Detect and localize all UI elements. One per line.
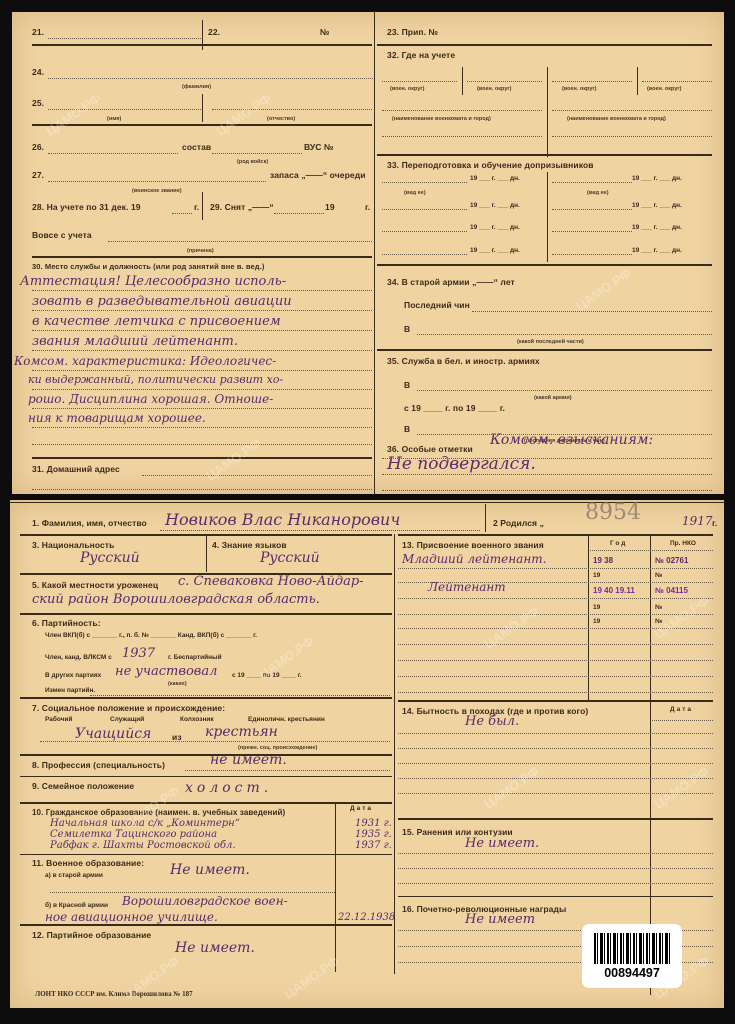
- field-10-row-name: Начальная школа с/к „Коминтерн“: [50, 818, 240, 829]
- field-2-label: 2 Родился „: [493, 518, 544, 528]
- field-6-vlksm: Член, канд. ВЛКСМ с: [45, 654, 112, 661]
- field-22-number: №: [320, 27, 330, 37]
- watermark: ЦАМО.РФ: [43, 90, 103, 138]
- field-1-value: Новиков Влас Никанорович: [165, 510, 400, 529]
- field-26-vus: ВУС №: [304, 142, 334, 152]
- field-34-sub: (какой последней части): [517, 339, 584, 345]
- field-13-year: 19: [593, 618, 600, 625]
- field-12-label: 12. Партийное образование: [32, 930, 151, 940]
- field-5-value-2: ский район Ворошиловградская область.: [32, 592, 320, 607]
- watermark: ЦАМО.РФ: [213, 90, 273, 138]
- field-10-row-date: 1935 г.: [355, 829, 392, 840]
- field-36-label: 36. Особые отметки: [387, 444, 473, 454]
- field-11b-date: 22.12.1938: [338, 912, 395, 923]
- field-11b-value-1: Ворошиловградское воен-: [122, 894, 288, 908]
- field-5-label: 5. Какой местности уроженец: [32, 580, 158, 590]
- field-35-in2: В: [404, 424, 410, 434]
- field-32-office-1: (наименование военкомата и город): [392, 116, 491, 122]
- field-3-value: Русский: [80, 550, 140, 566]
- field-14-date-header: Дата: [670, 706, 693, 713]
- field-32-district-4: (воен. округ): [647, 86, 682, 92]
- field-6-vkpb: Член ВКП(б) с _______ г., п. б. № ______…: [45, 632, 257, 639]
- field-25-label: 25.: [32, 98, 44, 108]
- field-11-label: 11. Военное образование:: [32, 858, 144, 868]
- field-13-year: 19: [593, 572, 600, 579]
- watermark: ЦАМО.РФ: [573, 265, 633, 313]
- field-13-year: 19 38: [593, 556, 613, 565]
- field-34-rank: Последний чин: [404, 300, 470, 310]
- field-13-order: № 02761: [655, 556, 688, 565]
- field-32-label: 32. Где на учете: [387, 50, 455, 60]
- field-25-sub-name: (имя): [107, 116, 121, 122]
- field-35-label: 35. Служба в бел. и иностр. армиях: [387, 356, 540, 366]
- field-31-label: 31. Домашний адрес: [32, 464, 120, 474]
- field-34-in: В: [404, 324, 410, 334]
- printer-footer: ЛОНТ НКО СССР им. Клима Ворошилова № 187: [35, 990, 193, 998]
- field-7-origin: крестьян: [205, 724, 278, 740]
- field-32-office-2: (наименование военкомата и город): [567, 116, 666, 122]
- field-13-order: №: [655, 572, 662, 579]
- field-10-row-name: Рабфак г. Шахты Ростовской обл.: [50, 840, 236, 851]
- field-36-hand-2: Не подвергался.: [387, 454, 536, 474]
- watermark: ЦАМО.РФ: [651, 763, 711, 811]
- field-29-year: 19: [325, 202, 335, 212]
- barcode-label: 00894497: [582, 924, 682, 988]
- field-6-name: Измен партийн.: [45, 687, 95, 694]
- field-33-label: 33. Переподготовка и обучение допризывни…: [387, 160, 594, 170]
- field-12-value: Не имеет.: [175, 940, 255, 956]
- field-28-label: 28. На учете по 31 дек. 19: [32, 202, 141, 212]
- field-36-hand-1: Комсом. взысканиям:: [490, 432, 653, 448]
- field-10-row-date: 1937 г.: [355, 840, 392, 851]
- field-5-value-1: с. Спеваковка Ново-Айдар-: [178, 574, 364, 589]
- watermark: ЦАМО.РФ: [481, 763, 541, 811]
- field-7-label: 7. Социальное положение и происхождение:: [32, 703, 225, 713]
- field-11b-value-2: ное авиационное училище.: [45, 910, 218, 924]
- field-6-other-tail: с 19 ____ по 19 ____ г.: [232, 672, 302, 679]
- field-2-year: 1917: [682, 514, 713, 528]
- field-13-order: №: [655, 618, 662, 625]
- field-2-g: г.: [712, 518, 717, 528]
- field-29-label: 29. Снят „——“: [210, 202, 274, 212]
- field-35-in: В: [404, 380, 410, 390]
- archive-stamp-number: 8954: [585, 500, 641, 525]
- field-13-rank: Лейтенант: [428, 580, 506, 594]
- barcode-number: 00894497: [582, 966, 682, 980]
- field-13-year-header: Год: [610, 540, 627, 547]
- field-10-date-header: Дата: [350, 805, 373, 812]
- field-6-other-value: не участвовал: [115, 664, 217, 679]
- field-13-order: №: [655, 604, 662, 611]
- field-13-year: 19: [593, 604, 600, 611]
- field-23-label: 23. Прип. №: [387, 27, 438, 37]
- field-7-sub: (прежн. соц. происхождение): [238, 745, 317, 751]
- field-24-sub: (фамилия): [182, 84, 211, 90]
- field-32-district-1: (воен. округ): [390, 86, 425, 92]
- field-29-g: г.: [365, 202, 370, 212]
- field-4-value: Русский: [260, 550, 320, 566]
- field-6-other: В других партиях: [45, 672, 101, 679]
- field-32-district-3: (воен. округ): [562, 86, 597, 92]
- field-25-sub-patronymic: (отчество): [267, 116, 295, 122]
- field-26-sub: (род войск): [237, 159, 268, 165]
- field-6-vlksm-tail: г. Беспартийный: [168, 654, 222, 661]
- field-11b-label: б) в Красной армии: [45, 902, 108, 909]
- field-24-label: 24.: [32, 67, 44, 77]
- field-27-label: 27.: [32, 170, 44, 180]
- card-back-sheet: 21. 22. № 24. (фамилия) 25. (имя) (отчес…: [12, 12, 724, 494]
- field-7-option-kolkhoz: Колхозник: [180, 716, 214, 723]
- barcode-bars: [594, 933, 670, 964]
- field-26-composition: состав: [182, 142, 211, 152]
- field-15-value: Не имеет.: [465, 836, 539, 851]
- field-14-value: Не был.: [465, 714, 519, 729]
- field-1-label: 1. Фамилия, имя, отчество: [32, 518, 147, 528]
- watermark: ЦАМО.РФ: [203, 435, 263, 483]
- field-27-sub: (воинское звание): [132, 188, 182, 194]
- field-11a-label: а) в старой армии: [45, 872, 103, 879]
- field-13-order-header: Пр. НКО: [670, 540, 696, 547]
- field-6-vlksm-year: 1937: [122, 646, 155, 661]
- field-9-value: холост.: [185, 780, 272, 796]
- field-13-label: 13. Присвоение военного звания: [402, 540, 544, 550]
- field-10-row-name: Семилетка Тацинского района: [50, 829, 217, 840]
- field-30-label: 30. Место службы и должность (или род за…: [32, 262, 264, 271]
- field-8-label: 8. Профессия (специальность): [32, 760, 165, 770]
- field-10-label: 10. Гражданское образование (наимен. в. …: [32, 808, 285, 817]
- removed-label: Вовсе с учета: [32, 230, 92, 240]
- field-32-district-2: (воен. округ): [477, 86, 512, 92]
- field-26-label: 26.: [32, 142, 44, 152]
- field-22-label: 22.: [208, 27, 220, 37]
- field-13-order: № 04115: [655, 586, 688, 595]
- field-27-reserve: запаса „——“ очереди: [270, 170, 366, 180]
- field-35-sub: (какой армии): [534, 395, 572, 401]
- field-7-option-peasant: Единоличн. крестьянин: [248, 716, 325, 723]
- watermark: ЦАМО.РФ: [281, 953, 341, 1001]
- field-4-label: 4. Знание языков: [212, 540, 287, 550]
- field-8-value: не имеет.: [210, 752, 287, 768]
- field-34-label: 34. В старой армии „——“ лет: [387, 277, 515, 287]
- field-3-label: 3. Национальность: [32, 540, 114, 550]
- field-7-option-worker: Рабочий: [45, 716, 72, 723]
- field-13-year: 19 40 19.11: [593, 586, 635, 595]
- field-21-label: 21.: [32, 27, 44, 37]
- field-28-year: г.: [194, 202, 199, 212]
- field-13-rank: Младший лейтенант.: [402, 552, 546, 566]
- field-7-value: Учащийся: [75, 726, 151, 742]
- field-35-period: с 19 ____ г. по 19 ____ г.: [404, 403, 505, 413]
- field-7-option-employee: Служащий: [110, 716, 144, 723]
- field-6-label: 6. Партийность:: [32, 618, 101, 628]
- field-10-row-date: 1931 г.: [355, 818, 392, 829]
- field-11a-value: Не имеет.: [170, 862, 250, 878]
- field-16-value: Не имеет: [465, 912, 535, 927]
- field-6-other-sub: (каких): [168, 681, 187, 687]
- field-9-label: 9. Семейное положение: [32, 781, 134, 791]
- removed-sub: (причина): [187, 248, 214, 254]
